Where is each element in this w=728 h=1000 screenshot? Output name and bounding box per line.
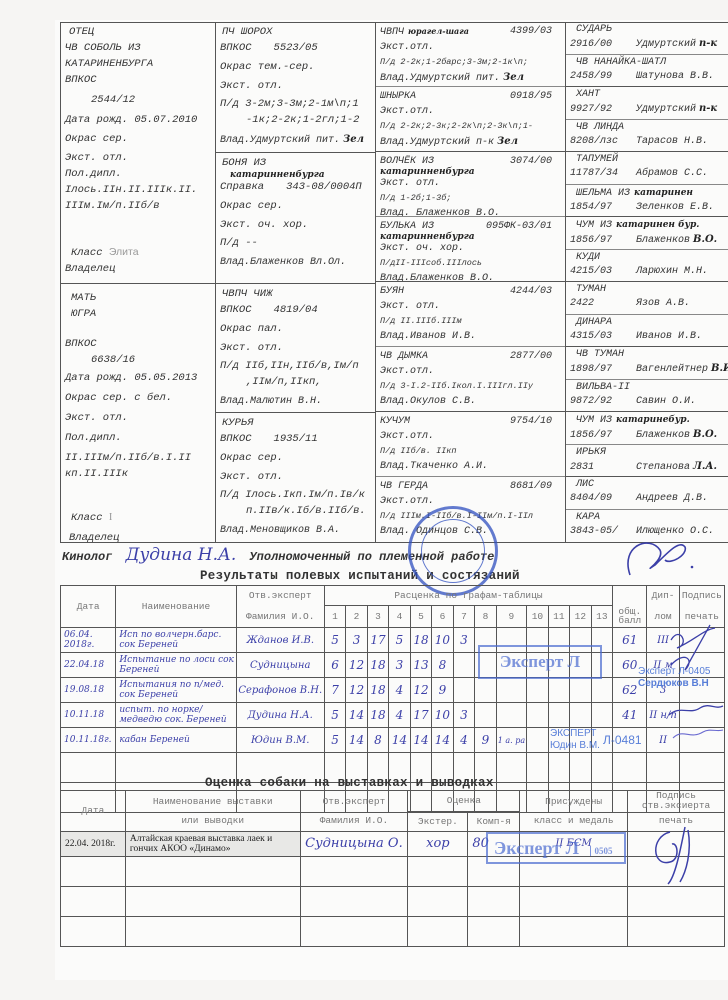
trial-signature [679,753,724,783]
registration-number: 4215/03 [570,265,632,279]
trial-expert: Судницына [236,653,324,678]
name-text: ЧВ ЛИНДА [576,122,624,133]
father-diplomas-line2: IIIм.Iм/п.IIб/в [65,198,212,214]
father-heading: ОТЕЦ [65,24,212,40]
name-text: ЧВ ДЫМКА [380,351,428,362]
ancestor-name: ХАНТ [570,88,725,102]
grandparent-cell: КУРЬЯВПКОС1935/11Окрас сер.Экст. отл.П/д… [216,413,376,542]
ancestor-number-owner: 1856/97БлаженковВ.О. [570,233,725,248]
exterior: Экст.отл. [380,494,562,509]
name-handwritten: юрагел-шага [408,26,469,36]
shows-title: Оценка собаки на выставках и выводках [205,776,494,790]
score-col-header: 11 [548,606,569,628]
col-total [613,586,647,606]
registry: ВПКОС [220,42,252,54]
trial-score [548,678,569,703]
registration-number: 11787/34 [570,167,632,181]
great-grandparent-name: ЧВ ГЕРДА8681/09 [380,479,562,494]
class-label: Класс [71,512,103,524]
col-date: Дата [61,586,116,628]
great-great-grandparent-cell: ТАПУМЕЙ11787/34Абрамов С.С. [566,152,728,185]
ancestor-number-owner: 1898/97ВагенлейтнерВ.И. [570,362,725,377]
registration-number: 4244/03 [510,284,552,299]
col-expert-sub: Фамилия И.О. [236,606,324,628]
show-exterior-score [408,886,468,916]
name-handwritten: катаринненбурга [380,234,562,241]
registration-number: 9927/92 [570,103,632,117]
col-date: Дата [61,791,126,832]
great-great-grandparent-cell: ИРЬКЯ2831СтепановаЛ.А. [566,445,728,478]
exterior: Экст. оч. хор. [220,217,372,233]
trial-name: кабан Береней [116,728,236,753]
exterior: Экст. оч. хор. [380,241,562,256]
show-complex-score [468,916,520,946]
owner-text: Шатунова В.В. [636,71,714,82]
col-expert: Отв.эксперт [300,791,408,812]
col-score: Оценка [408,791,520,812]
name-text: ЧВ ТУМАН [576,349,624,360]
score-col-header: 9 [496,606,527,628]
trial-score: 10 [432,703,453,728]
shows-table: Дата Наименование выставки Отв.эксперт О… [60,790,725,947]
trial-date: 10.11.18г. [61,728,116,753]
ancestor-number-owner: 8208/лзсТарасов Н.В. [570,135,725,149]
diplomas: П/д II.IIIб.IIIм [380,314,562,329]
name-text: ШЕЛЬМА ИЗ [576,188,630,199]
father-name: ЧВ СОБОЛЬ ИЗ [65,40,212,56]
col-award: Присуждены [520,791,628,812]
trial-score: 12 [346,678,367,703]
score-col-header: 3 [367,606,388,628]
show-expert: Судницына О. [300,831,408,856]
total-header: балл [618,615,641,626]
ancestor-number-owner: 4315/03Иванов И.В. [570,330,725,344]
mother-name: ЮГРА [65,306,212,322]
trial-expert: Дудина Н.А. [236,703,324,728]
trial-name: испыт. по норке/медведю сок. Береней [116,703,236,728]
grandparent-name: ЧВПЧ ЧИЖ [220,286,372,302]
owner-text: Влад.Ткаченко А.И. [380,461,488,472]
registration-number: 9872/92 [570,395,632,409]
exterior: Экст.отл. [380,104,562,119]
show-expert-stamp: Эксперт Л 0505 [486,832,626,864]
registration-number: 4819/04 [274,304,318,316]
father-exterior: Экст. отл. [65,150,212,166]
show-exterior-score [408,916,468,946]
great-grandparent-name: КУЧУМ9754/10 [380,414,562,429]
col-sign: Подписьотв.эксиерта [628,791,725,812]
trial-score [453,678,474,703]
trial-score [475,678,496,703]
ancestor-name: ЧУМ ИЗкатаринен бур. [570,218,725,233]
trial-score [527,728,548,753]
sign-header: отв.эксиерта [642,800,710,811]
owner-text: Андреев Д.В. [636,493,708,504]
mother-diplomas-line2: кп.II.IIIк [65,466,212,482]
name-text: ИРЬКЯ [576,447,606,458]
registration-number: 2422 [570,297,632,311]
diplomas: П/д IIб/в. IIкп [380,444,562,459]
owner-label: Владелец [65,530,212,542]
name-text: ЛИС [576,479,594,490]
registration-number: 9754/10 [510,414,552,429]
owner-text: Язов А.В. [636,298,690,309]
birth-label: Дата рожд. [65,372,128,384]
father-birth-date: 05.07.2010 [134,114,197,126]
owner: Влад.Окулов С.В. [380,394,562,409]
birth-label: Дата рожд. [65,114,128,126]
name-text: ТУМАН [576,284,606,295]
registration-number: 1856/97 [570,429,632,443]
show-row [61,916,725,946]
father-registry: ВПКОС [65,72,212,88]
col-show-name-sub: или выводки [125,811,300,831]
trial-score [570,678,591,703]
color: Окрас сер. [220,198,372,214]
col-award-sub: класс и медаль [520,811,628,831]
great-grandparent-name: БУЯН4244/03 [380,284,562,299]
great-great-grandparents-column: СУДАРЬ2916/00Удмуртскийп-кЧВ НАНАЙКА-ШАТ… [565,22,728,542]
trial-score [591,703,612,728]
owner-handwritten: Зел [497,136,518,147]
great-great-grandparent-cell: ДИНАРА4315/03Иванов И.В. [566,315,728,348]
trial-score [570,753,591,783]
exterior: Экст. отл. [220,340,372,356]
trial-date: 19.08.18 [61,678,116,703]
great-grandparents-column: ЧВПЧюрагел-шага4399/03Экст.отл.П/д 2-2к;… [375,22,566,542]
mother-registry: ВПКОС [65,336,212,352]
diplomas: П/д 3-2м;3-3м;2-1м\п;1 [220,96,372,112]
trial-row: 10.11.18испыт. по норке/медведю сок. Бер… [61,703,725,728]
registration-number: 8681/09 [510,479,552,494]
trial-row: 06.04. 2018г.Исп по волчерн.барс. сок Бе… [61,628,725,653]
mother-color: Окрас сер. с бел. [65,390,212,406]
trial-date: 22.04.18 [61,653,116,678]
owner-handwritten: В.О. [693,429,717,440]
col-scores: Расценка по графам-таблицы [324,586,612,606]
trial-score: 18 [367,678,388,703]
exterior: Экст.отл. [380,429,562,444]
name-handwritten: катаринен бур. [616,220,699,230]
trial-score: 3 [346,628,367,653]
ancestor-name: ТУМАН [570,283,725,297]
show-name [125,856,300,886]
name-text: ЧВ НАНАЙКА-ШАТЛ [576,57,666,68]
name-handwritten: катаринен [634,188,693,198]
registration-number: 2831 [570,461,632,475]
show-date [61,916,126,946]
owner: Влад.Малютин В.Н. [220,394,372,410]
ancestor-number-owner: 9872/92Савин О.И. [570,395,725,409]
owner-handwritten: В.И. [711,363,728,374]
ancestor-name: ДИНАРА [570,316,725,330]
owner-text: Зеленков Е.В. [636,202,714,213]
trial-signatures [665,620,725,750]
owner-text: Влад.Удмуртский п-к [380,137,494,148]
exterior: Экст. отл. [220,469,372,485]
show-row [61,886,725,916]
great-grandparent-name: ЧВ ДЫМКА2877/00 [380,349,562,364]
registration-number: 4399/03 [510,24,552,39]
owner-text: Влад.Малютин В.Н. [220,396,322,407]
ancestor-name: ШЕЛЬМА ИЗкатаринен [570,186,725,201]
col-total-sub: общ.балл [613,606,647,628]
name-text: ЧВПЧ ЧИЖ [222,288,272,300]
trial-score: 5 [324,703,345,728]
name-text: КУРЬЯ [222,417,254,429]
registration-number: 2458/99 [570,70,632,84]
trial-score [548,753,569,783]
parents-column: ОТЕЦ ЧВ СОБОЛЬ ИЗ КАТАРИНЕНБУРГА ВПКОС 2… [60,22,216,542]
name-text: ЧУМ ИЗ [576,415,612,426]
name-text: БОНЯ ИЗ [222,157,266,169]
great-grandparent-cell: БУЯН4244/03Экст. отл.П/д II.IIIб.IIIмВла… [376,282,566,347]
father-color: Окрас сер. [65,131,212,147]
trial-score: 17 [410,703,431,728]
owner-handwritten: В.О. [693,234,717,245]
ancestor-name: ЧВ ТУМАН [570,348,725,362]
name-text: КУЧУМ [380,416,410,427]
trial-score: 4 [389,703,410,728]
ancestor-name: ЧУМ ИЗкатаринебур. [570,413,725,428]
name-text: ЧУМ ИЗ [576,220,612,231]
owner-text: Блаженков [636,235,690,246]
diplomas: П/д 2-2к;1-2барс;3-3м;2-1к\п; [380,55,562,70]
show-signature [628,916,725,946]
great-great-grandparent-cell: ВИЛЬВА-II9872/92Савин О.И. [566,380,728,413]
col-expert: Отв.эксперт [236,586,324,606]
owner-text: Влад.Удмуртский пит. [380,73,500,84]
registry: ВПКОС [220,304,252,316]
great-great-grandparent-cell: ЧВ ТУМАН1898/97ВагенлейтнерВ.И. [566,347,728,380]
registration-number: 2916/00 [570,38,632,52]
col-show-name: Наименование выставки [125,791,300,812]
owner-text: Влад.Блаженков Вл.Ол. [220,257,346,268]
trial-score [591,753,612,783]
trial-score [496,753,527,783]
show-date [61,886,126,916]
registration-number: 3074/00 [510,154,552,169]
trial-score [527,678,548,703]
col-sign: Подпись [679,586,724,606]
great-great-grandparent-cell: ЛИС8404/09Андреев Д.В. [566,477,728,510]
owner: Влад.Удмуртский п-кЗел [380,134,562,150]
diplomas: П/дII-IIIсоб.IIIлось [380,256,562,271]
trial-row: 19.08.18Испытания по п/мед. сок БеренейС… [61,678,725,703]
ancestor-name: ВИЛЬВА-II [570,381,725,395]
owner-text: Степанова [636,462,690,473]
trial-score [548,703,569,728]
show-name: Алтайская краевая выставка лаек и гончих… [125,831,300,856]
owner: Влад.Блаженков Вл.Ол. [220,255,372,271]
registry-line: ВПКОС5523/05 [220,40,372,56]
mother-diplomas-label: Пол.дипл. [65,430,212,446]
owner-text: Влад.Окулов С.В. [380,396,476,407]
diplomas: П/д 2-2к;2-3к;2-2к\п;2-3к\п;1- [380,119,562,134]
owner: Влад.Удмуртский пит.Зел [220,132,372,149]
score-col-header: 1 [324,606,345,628]
great-great-grandparent-cell: КУДИ4215/03Ларюхин М.Н. [566,250,728,283]
stamp-line: ЭКСПЕРТ [550,728,596,739]
owner-text: Удмуртский [636,39,696,50]
trial-score: 18 [410,628,431,653]
expert-stamp-yudin: ЭКСПЕРТ Юдин В.М. [550,728,600,752]
color: Окрас сер. [220,450,372,466]
exterior: Экст. отл. [380,176,562,191]
name-text: ЧВ ГЕРДА [380,481,428,492]
trial-name: Испытания по п/мед. сок Береней [116,678,236,703]
grandparent-cell: ЧВПЧ ЧИЖВПКОС4819/04Окрас пал.Экст. отл.… [216,284,376,413]
mother-heading: МАТЬ [65,290,212,306]
show-expert [300,856,408,886]
registry-line: ВПКОС4819/04 [220,302,372,318]
name-text: КУДИ [576,252,600,263]
exterior: Экст. отл. [380,299,562,314]
trial-score [527,753,548,783]
owner-text: Влад. Блаженков В.О. [380,208,500,217]
col-exterior: Экстер. [408,811,468,831]
owner-text: Иванов И.В. [636,331,702,342]
trial-score: 13 [410,653,431,678]
expert-stamp: Эксперт Л [478,645,602,679]
trial-expert: Юдин В.М. [236,728,324,753]
owner-text: Влад.Меновщиков В.А. [220,525,340,536]
stamp-number: 0505 [590,846,613,856]
registration-number: 4315/03 [570,330,632,344]
stamp-line: Юдин В.М. [550,740,600,751]
owner-text: Влад.Иванов И.В. [380,331,476,342]
trial-date: 06.04. 2018г. [61,628,116,653]
great-great-grandparent-cell: ХАНТ9927/92Удмуртскийп-к [566,87,728,120]
name-text: ЧВПЧ [380,27,404,38]
trial-score: 14 [410,728,431,753]
father-cell: ОТЕЦ ЧВ СОБОЛЬ ИЗ КАТАРИНЕНБУРГА ВПКОС 2… [61,22,216,284]
father-diplomas: Iлось.IIн.II.IIIк.II. [65,182,212,198]
show-name [125,886,300,916]
ancestor-number-owner: 11787/34Абрамов С.С. [570,167,725,181]
diplomas: П/д -- [220,235,372,251]
ancestor-name: КАРА [570,511,725,525]
mother-diplomas: II.IIIм/п.IIб/в.I.II [65,450,212,466]
name-text: СУДАРЬ [576,24,612,35]
owner-text: Удмуртский [636,104,696,115]
show-exterior-score [408,856,468,886]
owner-text: Тарасов Н.В. [636,136,708,147]
trial-score: 7 [324,678,345,703]
ancestor-name: КУДИ [570,251,725,265]
diplomas: П/д 3-I.2-IIб.Iкол.I.IIIгл.IIу [380,379,562,394]
show-award [520,916,628,946]
ancestor-number-owner: 1856/97БлаженковВ.О. [570,428,725,443]
trial-diploma [647,753,679,783]
registry-line: Справка343-08/0004П [220,179,372,195]
show-date [61,856,126,886]
trial-score: 5 [324,728,345,753]
trial-score: 6 [324,653,345,678]
registration-number: 1935/11 [274,433,318,445]
trial-date: 10.11.18 [61,703,116,728]
great-grandparent-cell: БУЛЬКА ИЗ095ФК-03/01катаринненбургаЭкст.… [376,217,566,282]
trial-score [496,678,527,703]
great-great-grandparent-cell: ЧУМ ИЗкатаринен бур.1856/97БлаженковВ.О. [566,217,728,250]
owner: Влад.Удмуртский пит.Зел [380,70,562,86]
ancestor-name: ЛИС [570,478,725,492]
diplomas-line2: ,IIм/п,IIкп, [220,374,372,390]
ancestor-name: ЧВ НАНАЙКА-ШАТЛ [570,56,725,70]
trial-name: Исп по волчерн.барс. сок Береней [116,628,236,653]
score-col-header: 6 [432,606,453,628]
trial-score: 4 [453,728,474,753]
owner-text: Влад.Удмуртский пит. [220,135,340,146]
great-great-grandparent-cell: ШЕЛЬМА ИЗкатаринен1854/97Зеленков Е.В. [566,185,728,218]
exterior: Экст. отл. [220,78,372,94]
trial-score: 14 [346,703,367,728]
trial-score: 1 а. ра [496,728,527,753]
trial-score [496,703,527,728]
registry: Справка [220,181,264,193]
expert-yudin-number: Л-0481 [603,734,642,746]
authorized-signature [610,535,700,585]
grandparent-cell: БОНЯ ИЗкатаринненбургаСправка343-08/0004… [216,153,376,284]
ancestor-name: ЧВ ЛИНДА [570,121,725,135]
owner-label: Владелец [65,261,212,277]
owner-text: Абрамов С.С. [636,168,708,179]
trial-total: 41 [613,703,647,728]
trial-score: 8 [432,653,453,678]
owner-text: Ларюхин М.Н. [636,266,708,277]
registration-number: 343-08/0004П [286,181,362,193]
name-handwritten: катаринебур. [616,415,690,425]
registration-number: 095ФК-03/01 [486,219,552,234]
owner-handwritten: п-к [699,103,717,114]
ancestor-name: ТАПУМЕЙ [570,153,725,167]
trial-expert: Жданов И.В. [236,628,324,653]
exterior: Экст.отл. [380,40,562,55]
great-grandparent-cell: ЧВПЧюрагел-шага4399/03Экст.отл.П/д 2-2к;… [376,22,566,87]
name-text: БУЛЬКА ИЗ [380,221,434,232]
name-text: БУЯН [380,286,404,297]
trial-score: 3 [453,703,474,728]
score-col-header: 7 [453,606,474,628]
trial-score: 18 [367,703,388,728]
score-col-header: 5 [410,606,431,628]
registration-number: 1856/97 [570,234,632,248]
name-text: ХАНТ [576,89,600,100]
ancestor-number-owner: 9927/92Удмуртскийп-к [570,102,725,117]
father-number: 2544/12 [65,92,212,108]
score-col-header: 4 [389,606,410,628]
owner-handwritten: Л.А. [693,461,717,472]
trial-score: 12 [346,653,367,678]
name-text: КАРА [576,512,600,523]
mother-cell: МАТЬ ЮГРА ВПКОС 6638/16 Дата рожд. 05.05… [61,284,216,542]
diplomas-line2: п.IIв/к.Iб/в.IIб/в. [220,503,372,519]
mother-birth-date: 05.05.2013 [134,372,197,384]
name-text: ПЧ ШОРОХ [222,26,272,38]
diplomas: П/д Iлось.Iкп.Iм/п.Iв/к [220,487,372,503]
grandparent-name: КУРЬЯ [220,415,372,431]
great-great-grandparent-cell: СУДАРЬ2916/00Удмуртскийп-к [566,22,728,55]
owner-handwritten: Зел [503,72,524,83]
owner: Влад.Иванов И.В. [380,329,562,344]
grandparent-cell: ПЧ ШОРОХВПКОС5523/05Окрас тем.-сер.Экст.… [216,22,376,153]
trial-score: 10 [432,628,453,653]
show-exterior-score: хор [408,831,468,856]
col-complex: Комп-я [468,811,520,831]
registration-number: 2877/00 [510,349,552,364]
color: Окрас пал. [220,321,372,337]
name-text: ШНЫРКА [380,91,416,102]
